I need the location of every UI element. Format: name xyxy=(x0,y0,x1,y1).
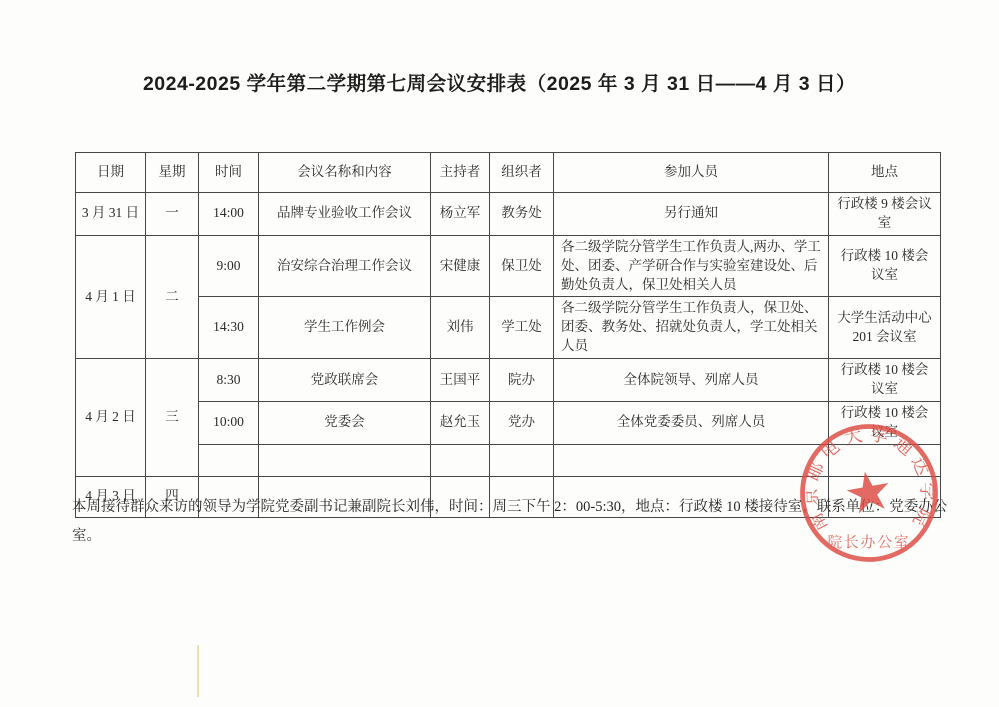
table-row: 10:00 党委会 赵允玉 党办 全体党委委员、列席人员 行政楼 10 楼会议室 xyxy=(76,401,941,444)
cell-location: 大学生活动中心 201 会议室 xyxy=(829,297,941,359)
cell-weekday: 一 xyxy=(146,193,199,236)
cell-host: 杨立军 xyxy=(431,193,490,236)
scanned-document-page: 2024-2025 学年第二学期第七周会议安排表（2025 年 3 月 31 日… xyxy=(0,0,999,707)
cell-organizer: 党办 xyxy=(490,401,554,444)
cell-organizer: 学工处 xyxy=(490,297,554,359)
cell-meeting: 党政联席会 xyxy=(259,359,431,402)
cell-meeting: 治安综合治理工作会议 xyxy=(259,235,431,297)
cell-organizer: 院办 xyxy=(490,359,554,402)
cell-date: 4 月 2 日 xyxy=(76,359,146,477)
cell-weekday: 三 xyxy=(146,359,199,477)
cell-host: 赵允玉 xyxy=(431,401,490,444)
header-time: 时间 xyxy=(199,153,259,193)
cell-host xyxy=(431,444,490,476)
cell-weekday: 二 xyxy=(146,235,199,358)
header-meeting-name: 会议名称和内容 xyxy=(259,153,431,193)
table-header-row: 日期 星期 时间 会议名称和内容 主持者 组织者 参加人员 地点 xyxy=(76,153,941,193)
cell-location: 行政楼 10 楼会议室 xyxy=(829,359,941,402)
cell-host: 王国平 xyxy=(431,359,490,402)
reception-note: 本周接待群众来访的领导为学院党委副书记兼副院长刘伟，时间：周三下午 2：00-5… xyxy=(72,493,952,551)
header-date: 日期 xyxy=(76,153,146,193)
cell-location: 行政楼 10 楼会议室 xyxy=(829,401,941,444)
cell-meeting: 学生工作例会 xyxy=(259,297,431,359)
cell-participants xyxy=(554,444,829,476)
header-participants: 参加人员 xyxy=(554,153,829,193)
cell-participants: 各二级学院分管学生工作负责人,两办、学工处、团委、产学研合作与实验室建设处、后勤… xyxy=(554,235,829,297)
table-row: 14:30 学生工作例会 刘伟 学工处 各二级学院分管学生工作负责人，保卫处、团… xyxy=(76,297,941,359)
cell-participants: 全体党委委员、列席人员 xyxy=(554,401,829,444)
cell-location: 行政楼 9 楼会议室 xyxy=(829,193,941,236)
document-title: 2024-2025 学年第二学期第七周会议安排表（2025 年 3 月 31 日… xyxy=(0,68,999,96)
table-row: 3 月 31 日 一 14:00 品牌专业验收工作会议 杨立军 教务处 另行通知… xyxy=(76,193,941,236)
cell-date: 4 月 1 日 xyxy=(76,235,146,358)
scan-crease-artifact xyxy=(197,645,199,697)
cell-organizer: 教务处 xyxy=(490,193,554,236)
cell-organizer xyxy=(490,444,554,476)
cell-time: 8:30 xyxy=(199,359,259,402)
cell-participants: 各二级学院分管学生工作负责人，保卫处、团委、教务处、招就处负责人，学工处相关人员 xyxy=(554,297,829,359)
cell-time: 14:00 xyxy=(199,193,259,236)
cell-participants: 全体院领导、列席人员 xyxy=(554,359,829,402)
meeting-schedule-table: 日期 星期 时间 会议名称和内容 主持者 组织者 参加人员 地点 3 月 31 … xyxy=(75,152,941,518)
header-organizer: 组织者 xyxy=(490,153,554,193)
header-host: 主持者 xyxy=(431,153,490,193)
cell-host: 宋健康 xyxy=(431,235,490,297)
cell-time: 9:00 xyxy=(199,235,259,297)
cell-time xyxy=(199,444,259,476)
header-weekday: 星期 xyxy=(146,153,199,193)
cell-time: 10:00 xyxy=(199,401,259,444)
cell-time: 14:30 xyxy=(199,297,259,359)
cell-participants: 另行通知 xyxy=(554,193,829,236)
cell-date: 3 月 31 日 xyxy=(76,193,146,236)
header-location: 地点 xyxy=(829,153,941,193)
cell-organizer: 保卫处 xyxy=(490,235,554,297)
cell-host: 刘伟 xyxy=(431,297,490,359)
cell-meeting: 党委会 xyxy=(259,401,431,444)
table-row-empty xyxy=(76,444,941,476)
table-row: 4 月 2 日 三 8:30 党政联席会 王国平 院办 全体院领导、列席人员 行… xyxy=(76,359,941,402)
cell-meeting: 品牌专业验收工作会议 xyxy=(259,193,431,236)
cell-location xyxy=(829,444,941,476)
table-row: 4 月 1 日 二 9:00 治安综合治理工作会议 宋健康 保卫处 各二级学院分… xyxy=(76,235,941,297)
cell-location: 行政楼 10 楼会议室 xyxy=(829,235,941,297)
cell-meeting xyxy=(259,444,431,476)
